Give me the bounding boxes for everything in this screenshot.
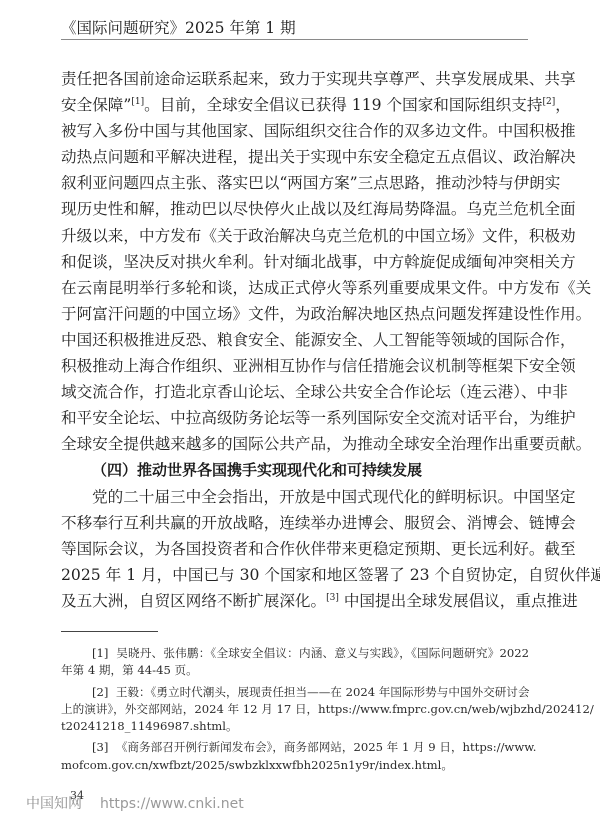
footnote-marker: [3]	[92, 740, 108, 754]
journal-title: 《国际问题研究》2025 年第 1 期	[61, 16, 296, 38]
body-line: 安全保障”[1]。目前，全球安全倡议已获得 119 个国家和国际组织支持[2]，	[61, 92, 529, 118]
body-line: 党的二十届三中全会指出，开放是中国式现代化的鲜明标识。中国坚定	[61, 484, 529, 510]
body-text: 责任把各国前途命运联系起来，致力于实现共享尊严、共享发展成果、共享 安全保障”[…	[61, 66, 529, 614]
body-line: 于阿富汗问题的中国立场》文件，为政治解决地区热点问题发挥建设性作用。	[61, 301, 529, 327]
body-line: 全球安全提供越来越多的国际公共产品，为推动全球安全治理作出重要贡献。	[61, 431, 529, 457]
running-header: 《国际问题研究》2025 年第 1 期	[61, 12, 528, 40]
footnote-3: [3] 《商务部召开例行新闻发布会》，商务部网站，2025 年 1 月 9 日，…	[61, 739, 529, 774]
body-line: 升级以来，中方发布《关于政治解决乌克兰危机的中国立场》文件，积极劝	[61, 223, 529, 249]
body-line: 和平安全论坛、中拉高级防务论坛等一系列国际安全交流对话平台，为维护	[61, 405, 529, 431]
footnotes: [1] 吴晓丹、张伟鹏：《全球安全倡议：内涵、意义与实践》，《国际问题研究》20…	[61, 645, 529, 774]
footnote-2: [2] 王毅：《勇立时代潮头，展现责任担当——在 2024 年国际形势与中国外交…	[61, 684, 529, 736]
cnki-watermark: 中国知网https://www.cnki.net	[26, 793, 244, 813]
body-line: 现历史性和解，推动巴以尽快停火止战以及红海局势降温。乌克兰危机全面	[61, 196, 529, 222]
body-line: 域交流合作，打造北京香山论坛、全球公共安全合作论坛（连云港）、中非	[61, 379, 529, 405]
body-line: 等国际会议，为各国投资者和合作伙伴带来更稳定预期、更长远利好。截至	[61, 536, 529, 562]
footnote-ref-2[interactable]: [2]	[542, 97, 555, 107]
footnote-separator	[61, 631, 158, 632]
body-line: 叙利亚问题四点主张、落实巴以“两国方案”三点思路，推动沙特与伊朗实	[61, 170, 529, 196]
body-line: 动热点问题和平解决进程，提出关于实现中东安全稳定五点倡议、政治解决	[61, 144, 529, 170]
watermark-url[interactable]: https://www.cnki.net	[100, 796, 244, 812]
footnote-ref-3[interactable]: [3]	[326, 593, 339, 603]
body-line: 在云南昆明举行多轮和谈，达成正式停火等系列重要成果文件。中方发布《关	[61, 275, 529, 301]
body-line: 不移奉行互利共赢的开放战略，连续举办进博会、服贸会、消博会、链博会	[61, 510, 529, 536]
footnote-ref-1[interactable]: [1]	[131, 97, 144, 107]
body-line: 2025 年 1 月，中国已与 30 个国家和地区签署了 23 个自贸协定，自贸…	[61, 562, 529, 588]
body-line: 积极推动上海合作组织、亚洲相互协作与信任措施会议机制等框架下安全领	[61, 353, 529, 379]
footnote-marker: [1]	[92, 646, 108, 660]
body-line: 被写入多份中国与其他国家、国际组织交往合作的双多边文件。中国积极推	[61, 118, 529, 144]
watermark-brand: 中国知网	[26, 796, 82, 812]
section-heading: （四）推动世界各国携手实现现代化和可持续发展	[61, 457, 529, 483]
footnote-marker: [2]	[92, 685, 108, 699]
footnote-1: [1] 吴晓丹、张伟鹏：《全球安全倡议：内涵、意义与实践》，《国际问题研究》20…	[61, 645, 529, 680]
body-line: 责任把各国前途命运联系起来，致力于实现共享尊严、共享发展成果、共享	[61, 66, 529, 92]
body-line: 和促谈，坚决反对拱火牟利。针对缅北战事，中方斡旋促成缅甸冲突相关方	[61, 249, 529, 275]
body-line: 及五大洲，自贸区网络不断扩展深化。[3] 中国提出全球发展倡议，重点推进	[61, 588, 529, 614]
body-line: 中国还积极推进反恐、粮食安全、能源安全、人工智能等领域的国际合作，	[61, 327, 529, 353]
